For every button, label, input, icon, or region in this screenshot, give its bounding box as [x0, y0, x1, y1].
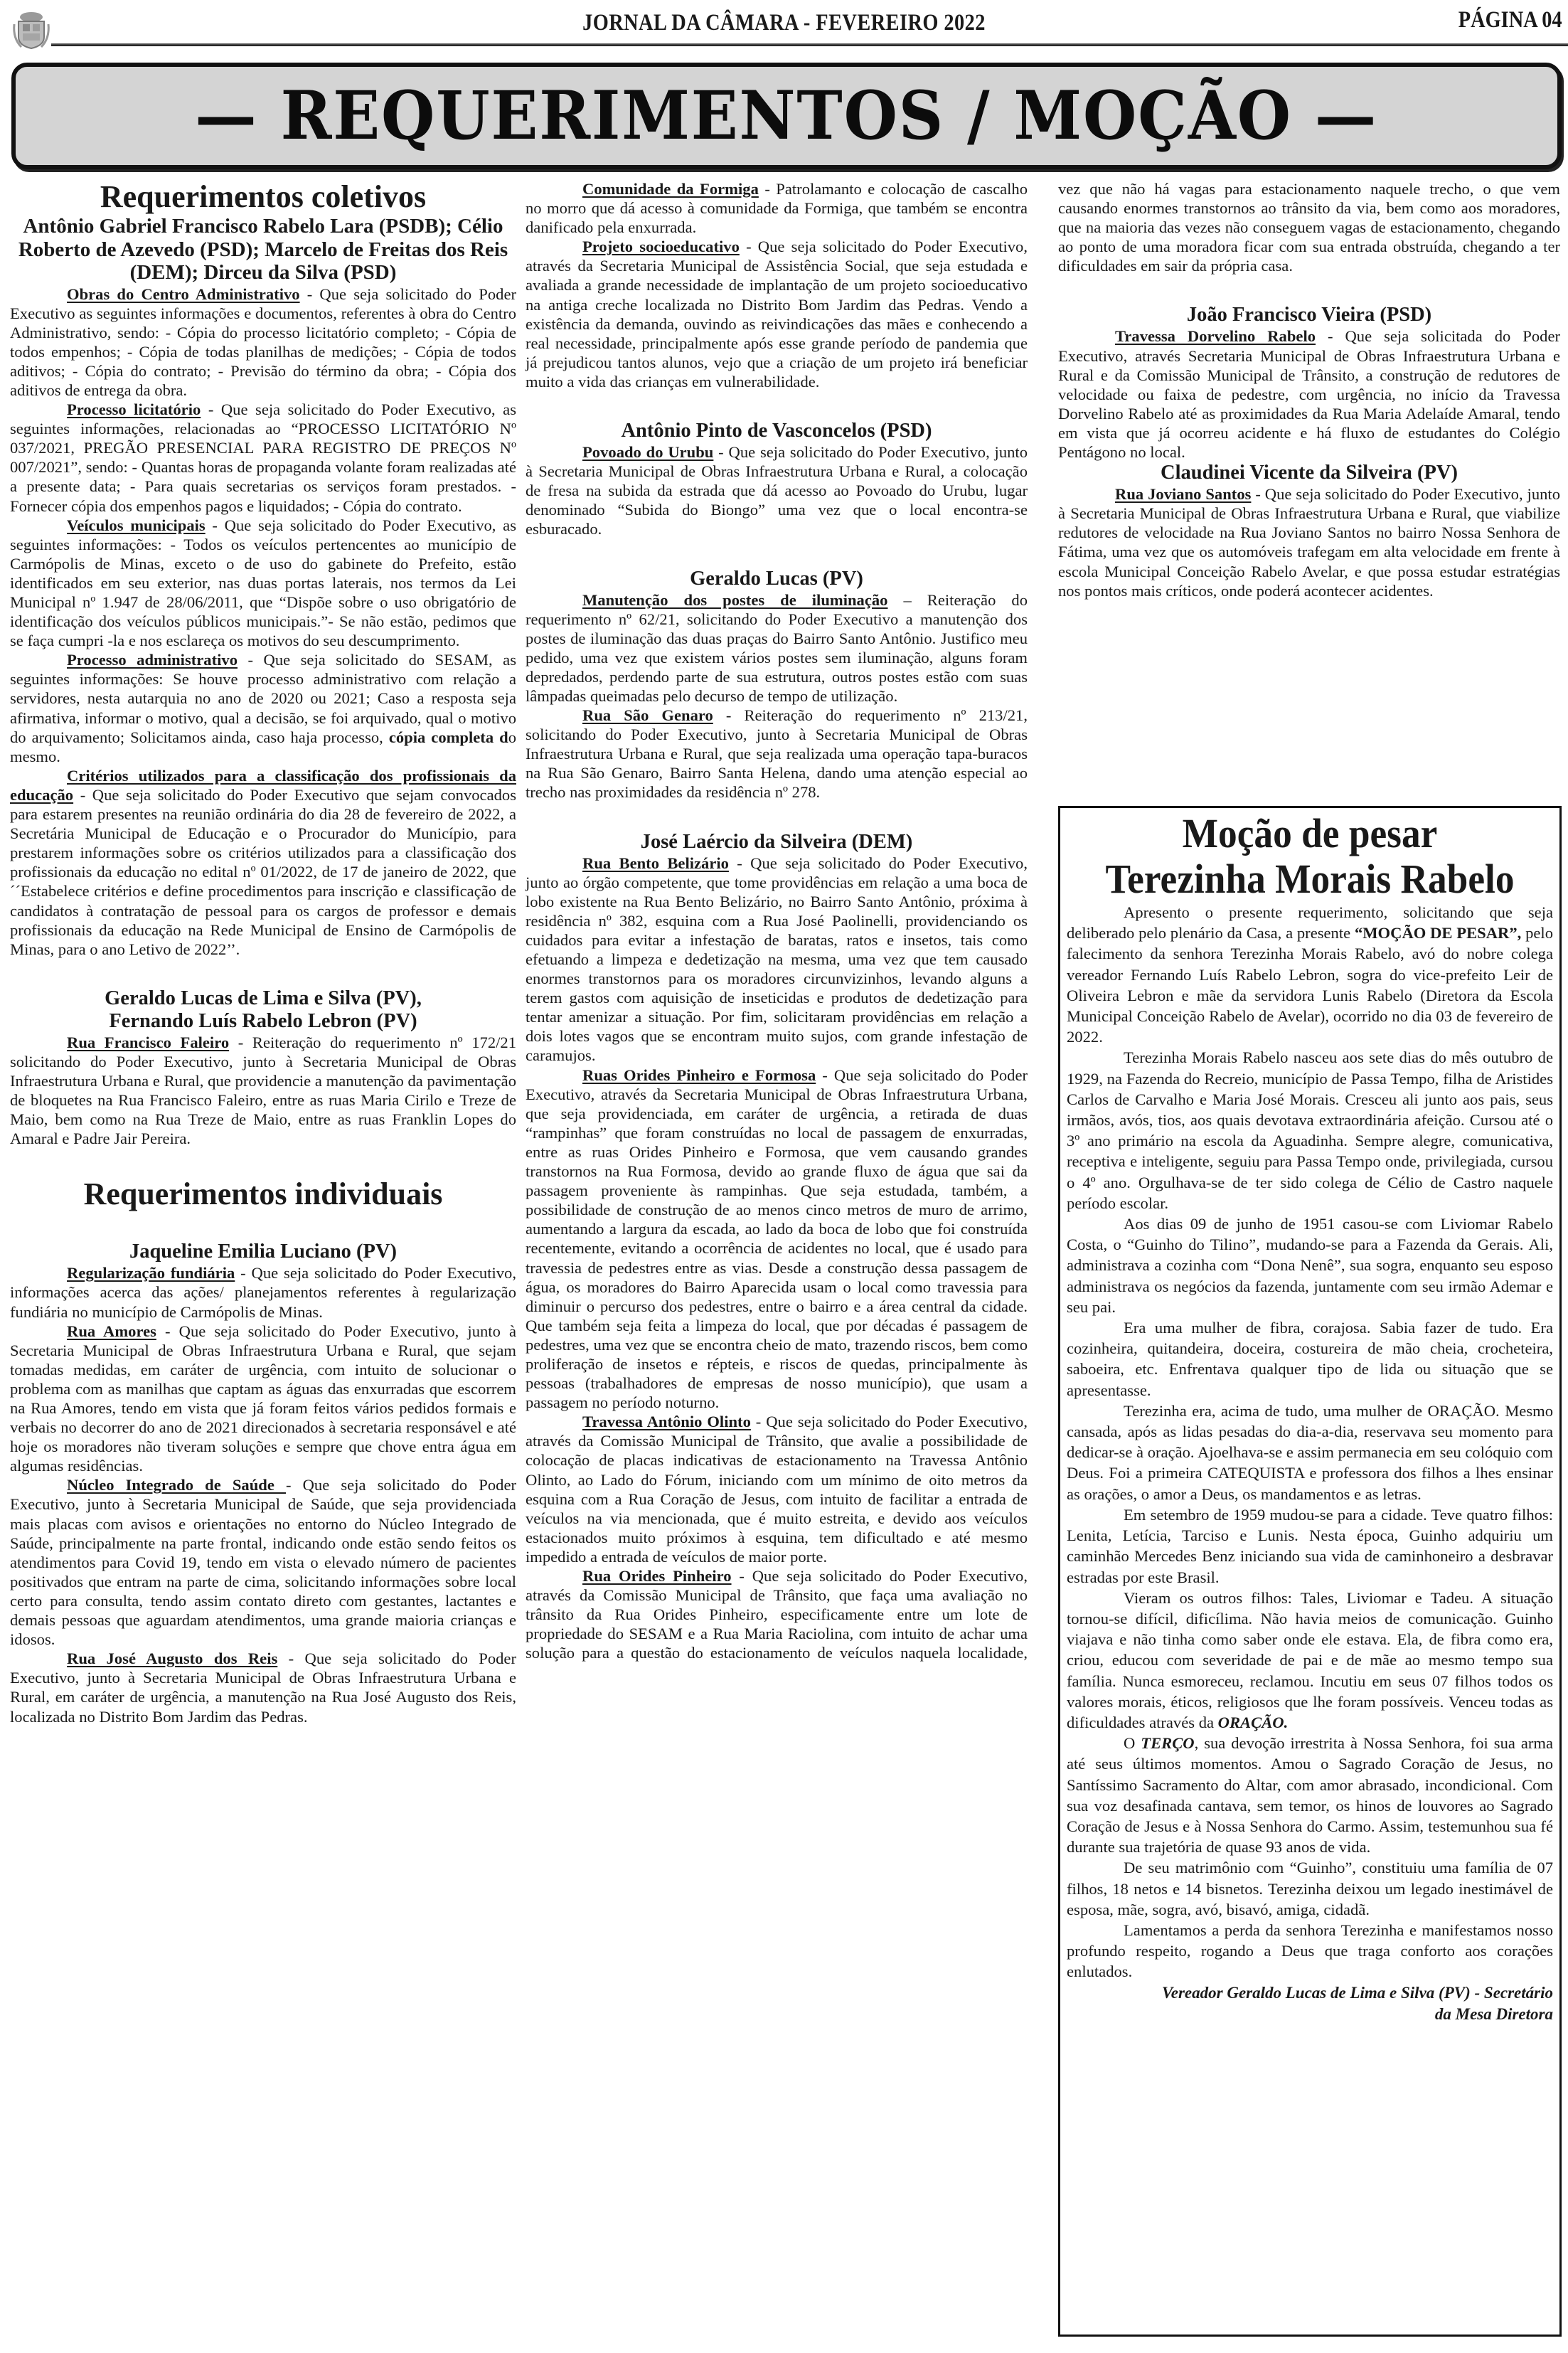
requirement-topic: Rua Bento Belizário	[582, 854, 729, 872]
requirement-topic: Rua Amores	[67, 1322, 156, 1340]
mocao-paragraph: Em setembro de 1959 mudou-se para a cida…	[1067, 1504, 1553, 1588]
requirement-topic: Processo administrativo	[67, 651, 238, 669]
requirement-item: Ruas Orides Pinheiro e Formosa - Que sej…	[526, 1066, 1028, 1413]
author-name: José Laércio da Silveira (DEM)	[526, 831, 1028, 854]
mocao-paragraph: Terezinha era, acima de tudo, uma mulher…	[1067, 1401, 1553, 1504]
mocao-subject: Terezinha Morais Rabelo	[1086, 856, 1533, 902]
requirement-topic: Núcleo Integrado de Saúde	[67, 1476, 286, 1494]
section-title-individuais: Requerimentos individuais	[10, 1176, 516, 1212]
mocao-paragraph: Vieram os outros filhos: Tales, Liviomar…	[1067, 1588, 1553, 1733]
requirement-topic: Rua Joviano Santos	[1115, 485, 1251, 503]
requirement-item: Rua Orides Pinheiro - Que seja solicitad…	[526, 1566, 1028, 1663]
requirement-topic: Rua Orides Pinheiro	[582, 1567, 732, 1585]
requirement-topic: Rua José Augusto dos Reis	[67, 1650, 277, 1667]
requirement-item: Travessa Dorvelino Rabelo - Que seja sol…	[1058, 326, 1560, 462]
requirement-topic: Travessa Dorvelino Rabelo	[1115, 327, 1316, 345]
mocao-paragraph: De seu matrimônio com “Guinho”, constitu…	[1067, 1857, 1553, 1920]
author-name: Geraldo Lucas de Lima e Silva (PV),	[10, 987, 516, 1010]
newspaper-title: JORNAL DA CÂMARA - FEVEREIRO 2022	[110, 10, 1458, 36]
mocao-paragraph: Era uma mulher de fibra, corajosa. Sabia…	[1067, 1317, 1553, 1401]
mocao-paragraph: Lamentamos a perda da senhora Terezinha …	[1067, 1920, 1553, 1982]
requirement-item: Rua Francisco Faleiro - Reiteração do re…	[10, 1033, 516, 1149]
requirement-topic: Travessa Antônio Olinto	[582, 1413, 751, 1430]
requirement-item: Comunidade da Formiga - Patrolamanto e c…	[526, 179, 1028, 237]
requirement-item: Rua São Genaro - Reiteração do requerime…	[526, 706, 1028, 802]
page-number: PÁGINA 04	[1458, 7, 1562, 33]
requirement-item: Travessa Antônio Olinto - Que seja solic…	[526, 1412, 1028, 1566]
requirement-topic: Regularização fundiária	[67, 1264, 235, 1282]
signature: Vereador Geraldo Lucas de Lima e Silva (…	[1067, 1982, 1553, 2004]
banner-title: — REQUERIMENTOS / MOÇÃO —	[196, 77, 1378, 155]
author-name: Fernando Luís Rabelo Lebron (PV)	[10, 1010, 516, 1033]
mocao-de-pesar-box: Moção de pesar Terezinha Morais Rabelo A…	[1058, 806, 1562, 2337]
section-title-coletivos: Requerimentos coletivos	[10, 179, 516, 215]
requirement-topic: Projeto socioeducativo	[582, 238, 740, 255]
requirement-topic: Processo licitatório	[67, 400, 201, 418]
requirement-item: Obras do Centro Administrativo - Que sej…	[10, 285, 516, 400]
requirement-item: Manutenção dos postes de iluminação – Re…	[526, 590, 1028, 706]
requirement-topic: Veículos municipais	[67, 516, 206, 534]
requirement-item: Processo administrativo - Que seja solic…	[10, 650, 516, 766]
requirement-item: Rua José Augusto dos Reis - Que seja sol…	[10, 1649, 516, 1726]
author-name: Claudinei Vicente da Silveira (PV)	[1058, 462, 1560, 484]
continued-text: vez que não há vagas para estacionamento…	[1058, 179, 1560, 275]
requirement-item: Rua Joviano Santos - Que seja solicitado…	[1058, 484, 1560, 600]
requirement-topic: Manutenção dos postes de iluminação	[582, 591, 887, 609]
requirement-item: Rua Amores - Que seja solicitado do Pode…	[10, 1322, 516, 1476]
requirement-topic: Rua São Genaro	[582, 706, 713, 724]
requirement-item: Regularização fundiária - Que seja solic…	[10, 1263, 516, 1321]
column-2: Comunidade da Formiga - Patrolamanto e c…	[526, 179, 1028, 1663]
requirement-item: Critérios utilizados para a classificaçã…	[10, 766, 516, 959]
requirement-item: Processo licitatório - Que seja solicita…	[10, 400, 516, 516]
mocao-title: Moção de pesar	[1086, 811, 1533, 856]
mocao-paragraph: Terezinha Morais Rabelo nasceu aos sete …	[1067, 1047, 1553, 1213]
author-name: João Francisco Vieira (PSD)	[1058, 304, 1560, 326]
requirement-item: Núcleo Integrado de Saúde - Que seja sol…	[10, 1475, 516, 1649]
author-name: Geraldo Lucas (PV)	[526, 568, 1028, 590]
requirement-topic: Povoado do Urubu	[582, 443, 713, 461]
column-1: Requerimentos coletivos Antônio Gabriel …	[10, 179, 516, 1726]
requirement-topic: Obras do Centro Administrativo	[67, 285, 300, 303]
author-name: Jaqueline Emilia Luciano (PV)	[10, 1241, 516, 1263]
requirement-item: Rua Bento Belizário - Que seja solicitad…	[526, 854, 1028, 1066]
requirement-topic: Rua Francisco Faleiro	[67, 1034, 229, 1051]
requirement-item: Povoado do Urubu - Que seja solicitado d…	[526, 442, 1028, 538]
mocao-paragraph: O TERÇO, sua devoção irrestrita à Nossa …	[1067, 1733, 1553, 1857]
signature-title: da Mesa Diretora	[1067, 2004, 1553, 2025]
mocao-paragraph: Apresento o presente requerimento, solic…	[1067, 902, 1553, 1047]
masthead-rule	[51, 43, 1568, 46]
requirement-item: Veículos municipais - Que seja solicitad…	[10, 516, 516, 651]
requirement-item: Projeto socioeducativo - Que seja solici…	[526, 237, 1028, 391]
masthead: JORNAL DA CÂMARA - FEVEREIRO 2022 PÁGINA…	[0, 0, 1568, 50]
section-banner: — REQUERIMENTOS / MOÇÃO —	[11, 63, 1562, 169]
author-name: Antônio Pinto de Vasconcelos (PSD)	[526, 420, 1028, 442]
requirement-topic: Ruas Orides Pinheiro e Formosa	[582, 1066, 816, 1084]
coat-of-arms-icon	[11, 10, 51, 51]
author-group: Antônio Gabriel Francisco Rabelo Lara (P…	[10, 215, 516, 285]
column-3: vez que não há vagas para estacionamento…	[1058, 179, 1560, 600]
requirement-topic: Comunidade da Formiga	[582, 180, 759, 198]
mocao-paragraph: Aos dias 09 de junho de 1951 casou-se co…	[1067, 1213, 1553, 1317]
